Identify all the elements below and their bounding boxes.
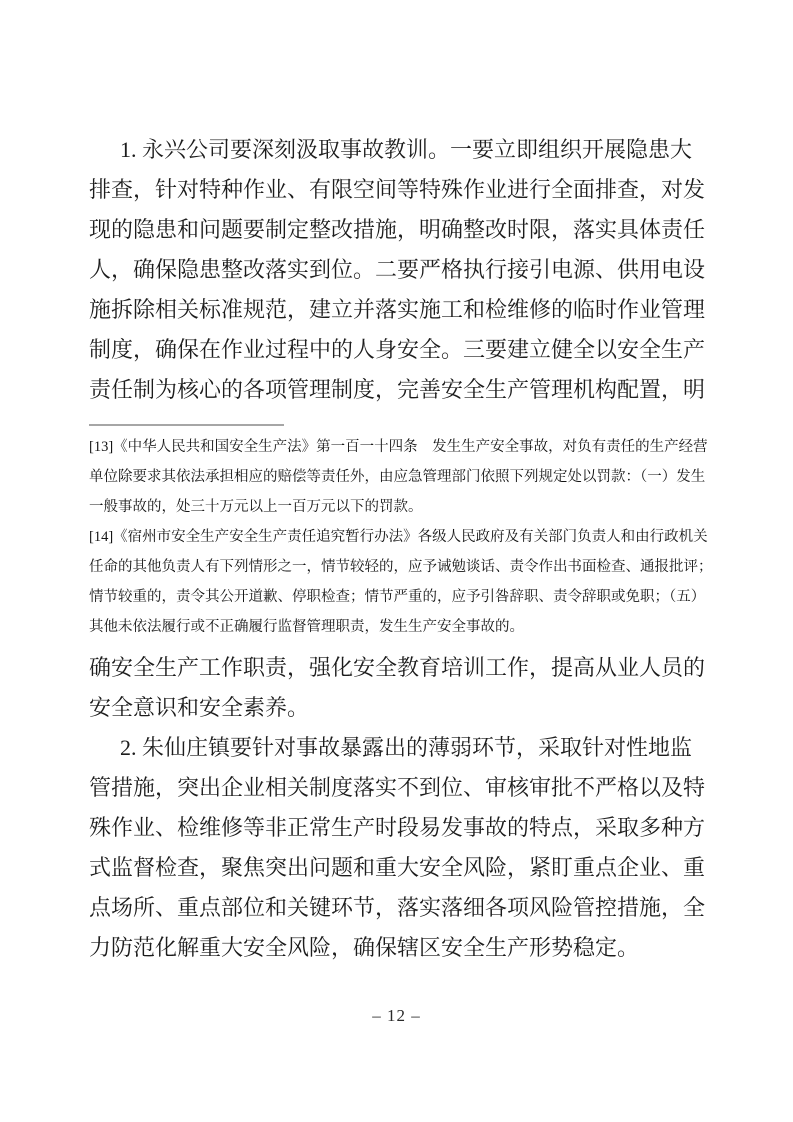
text-line: 施拆除相关标准规范，建立并落实施工和检维修的临时作业管理 <box>89 290 709 330</box>
text-line: 点场所、重点部位和关键环节，落实落细各项风险管控措施，全 <box>89 888 709 928</box>
footnote-14: [14]《宿州市安全生产安全生产责任追究暂行办法》各级人民政府及有关部门负责人和… <box>89 522 709 642</box>
text-line: 责任制为核心的各项管理制度，完善安全生产管理机构配置，明 <box>89 370 709 410</box>
text-line: [13]《中华人民共和国安全生产法》第一百一十四条 发生生产安全事故，对负有责任… <box>89 432 709 462</box>
text-line: 制度，确保在作业过程中的人身安全。三要建立健全以安全生产 <box>89 330 709 370</box>
footnote-separator <box>89 424 284 426</box>
text-line: 现的隐患和问题要制定整改措施，明确整改时限，落实具体责任 <box>89 210 709 250</box>
paragraph-2: 2. 朱仙庄镇要针对事故暴露出的薄弱环节，采取针对性地监管措施，突出企业相关制度… <box>89 728 709 968</box>
text-line: 安全意识和安全素养。 <box>89 688 709 728</box>
text-line: 力防范化解重大安全风险，确保辖区安全生产形势稳定。 <box>89 928 709 968</box>
text-line: [14]《宿州市安全生产安全生产责任追究暂行办法》各级人民政府及有关部门负责人和… <box>89 522 709 552</box>
text-line: 确安全生产工作职责，强化安全教育培训工作，提高从业人员的 <box>89 648 709 688</box>
footnote-block: [13]《中华人民共和国安全生产法》第一百一十四条 发生生产安全事故，对负有责任… <box>89 424 709 642</box>
text-line: 管措施，突出企业相关制度落实不到位、审核审批不严格以及特 <box>89 768 709 808</box>
text-line: 排查，针对特种作业、有限空间等特殊作业进行全面排查，对发 <box>89 170 709 210</box>
text-line: 其他未依法履行或不正确履行监督管理职责，发生生产安全事故的。 <box>89 612 709 642</box>
document-content: 1. 永兴公司要深刻汲取事故教训。一要立即组织开展隐患大排查，针对特种作业、有限… <box>89 130 709 968</box>
paragraph-1-continued: 确安全生产工作职责，强化安全教育培训工作，提高从业人员的安全意识和安全素养。 <box>89 648 709 728</box>
text-line: 1. 永兴公司要深刻汲取事故教训。一要立即组织开展隐患大 <box>89 130 709 170</box>
text-line: 式监督检查，聚焦突出问题和重大安全风险，紧盯重点企业、重 <box>89 848 709 888</box>
text-line: 单位除要求其依法承担相应的赔偿等责任外，由应急管理部门依照下列规定处以罚款：（一… <box>89 462 709 492</box>
paragraph-1: 1. 永兴公司要深刻汲取事故教训。一要立即组织开展隐患大排查，针对特种作业、有限… <box>89 130 709 410</box>
page-number: – 12 – <box>372 1006 421 1025</box>
text-line: 一般事故的，处三十万元以上一百万元以下的罚款。 <box>89 492 709 522</box>
text-line: 殊作业、检维修等非正常生产时段易发事故的特点，采取多种方 <box>89 808 709 848</box>
text-line: 任命的其他负责人有下列情形之一，情节较轻的，应予诫勉谈话、责令作出书面检查、通报… <box>89 552 709 582</box>
text-line: 情节较重的，责令其公开道歉、停职检查；情节严重的，应予引咎辞职、责令辞职或免职；… <box>89 582 709 612</box>
page-footer: – 12 – <box>0 1006 793 1026</box>
footnote-13: [13]《中华人民共和国安全生产法》第一百一十四条 发生生产安全事故，对负有责任… <box>89 432 709 522</box>
document-page: 1. 永兴公司要深刻汲取事故教训。一要立即组织开展隐患大排查，针对特种作业、有限… <box>0 0 793 1122</box>
text-line: 2. 朱仙庄镇要针对事故暴露出的薄弱环节，采取针对性地监 <box>89 728 709 768</box>
text-line: 人，确保隐患整改落实到位。二要严格执行接引电源、供用电设 <box>89 250 709 290</box>
